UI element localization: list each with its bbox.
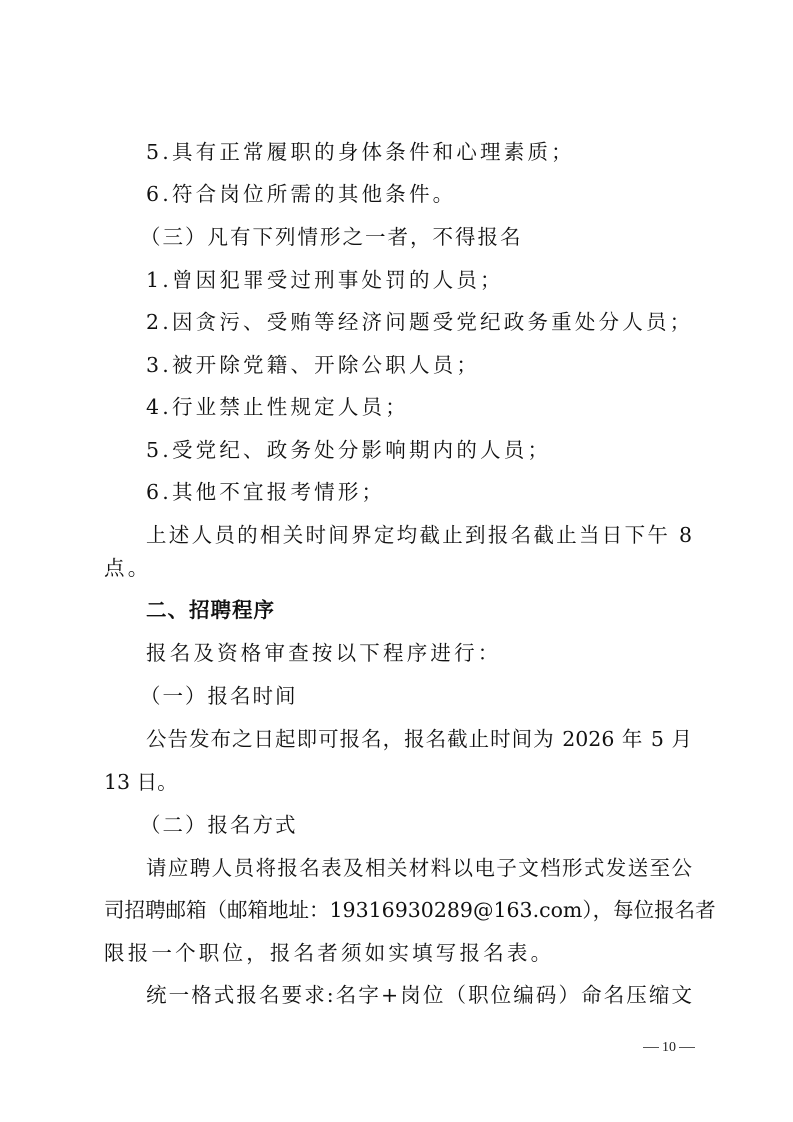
registration-time-text-cont: 13 日。 — [104, 767, 692, 797]
subsection-heading-registration-method: （二）报名方式 — [140, 810, 728, 840]
procedure-intro: 报名及资格审查按以下程序进行： — [146, 638, 692, 668]
section-heading-recruitment-procedure: 二、招聘程序 — [146, 595, 692, 625]
disqualification-item-6: 6.其他不宜报考情形； — [146, 477, 692, 507]
registration-email-line: 司招聘邮箱（邮箱地址：19316930289@163.com），每位报名者 — [104, 895, 692, 925]
disqualification-item-1: 1.曾因犯罪受过刑事处罚的人员； — [146, 265, 692, 295]
registration-time-text: 公告发布之日起即可报名，报名截止时间为 2026 年 5 月 — [146, 724, 692, 754]
disqualification-item-3: 3.被开除党籍、开除公职人员； — [146, 350, 692, 380]
dash-right — [679, 1047, 695, 1048]
page-number-value: 10 — [662, 1040, 676, 1055]
disqualification-item-5: 5.受党纪、政务处分影响期内的人员； — [146, 435, 692, 465]
time-cutoff-note: 上述人员的相关时间界定均截止到报名截止当日下午 8 — [146, 520, 692, 550]
subsection-heading-registration-time: （一）报名时间 — [140, 681, 728, 711]
time-cutoff-note-cont: 点。 — [104, 553, 692, 583]
subsection-heading-disqualifications: （三）凡有下列情形之一者，不得报名 — [140, 222, 728, 252]
requirement-item-6: 6.符合岗位所需的其他条件。 — [146, 179, 692, 209]
document-page: 5.具有正常履职的身体条件和心理素质； 6.符合岗位所需的其他条件。 （三）凡有… — [0, 0, 793, 1122]
registration-method-text: 请应聘人员将报名表及相关材料以电子文档形式发送至公 — [146, 853, 692, 883]
page-number: 10 — [640, 1040, 698, 1056]
registration-method-text-cont: 限报一个职位，报名者须如实填写报名表。 — [104, 938, 692, 968]
disqualification-item-4: 4.行业禁止性规定人员； — [146, 392, 692, 422]
dash-left — [643, 1047, 659, 1048]
disqualification-item-2: 2.因贪污、受贿等经济问题受党纪政务重处分人员； — [146, 307, 692, 337]
requirement-item-5: 5.具有正常履职的身体条件和心理素质； — [146, 137, 692, 167]
format-requirement-text: 统一格式报名要求:名字+岗位（职位编码）命名压缩文 — [146, 980, 692, 1010]
